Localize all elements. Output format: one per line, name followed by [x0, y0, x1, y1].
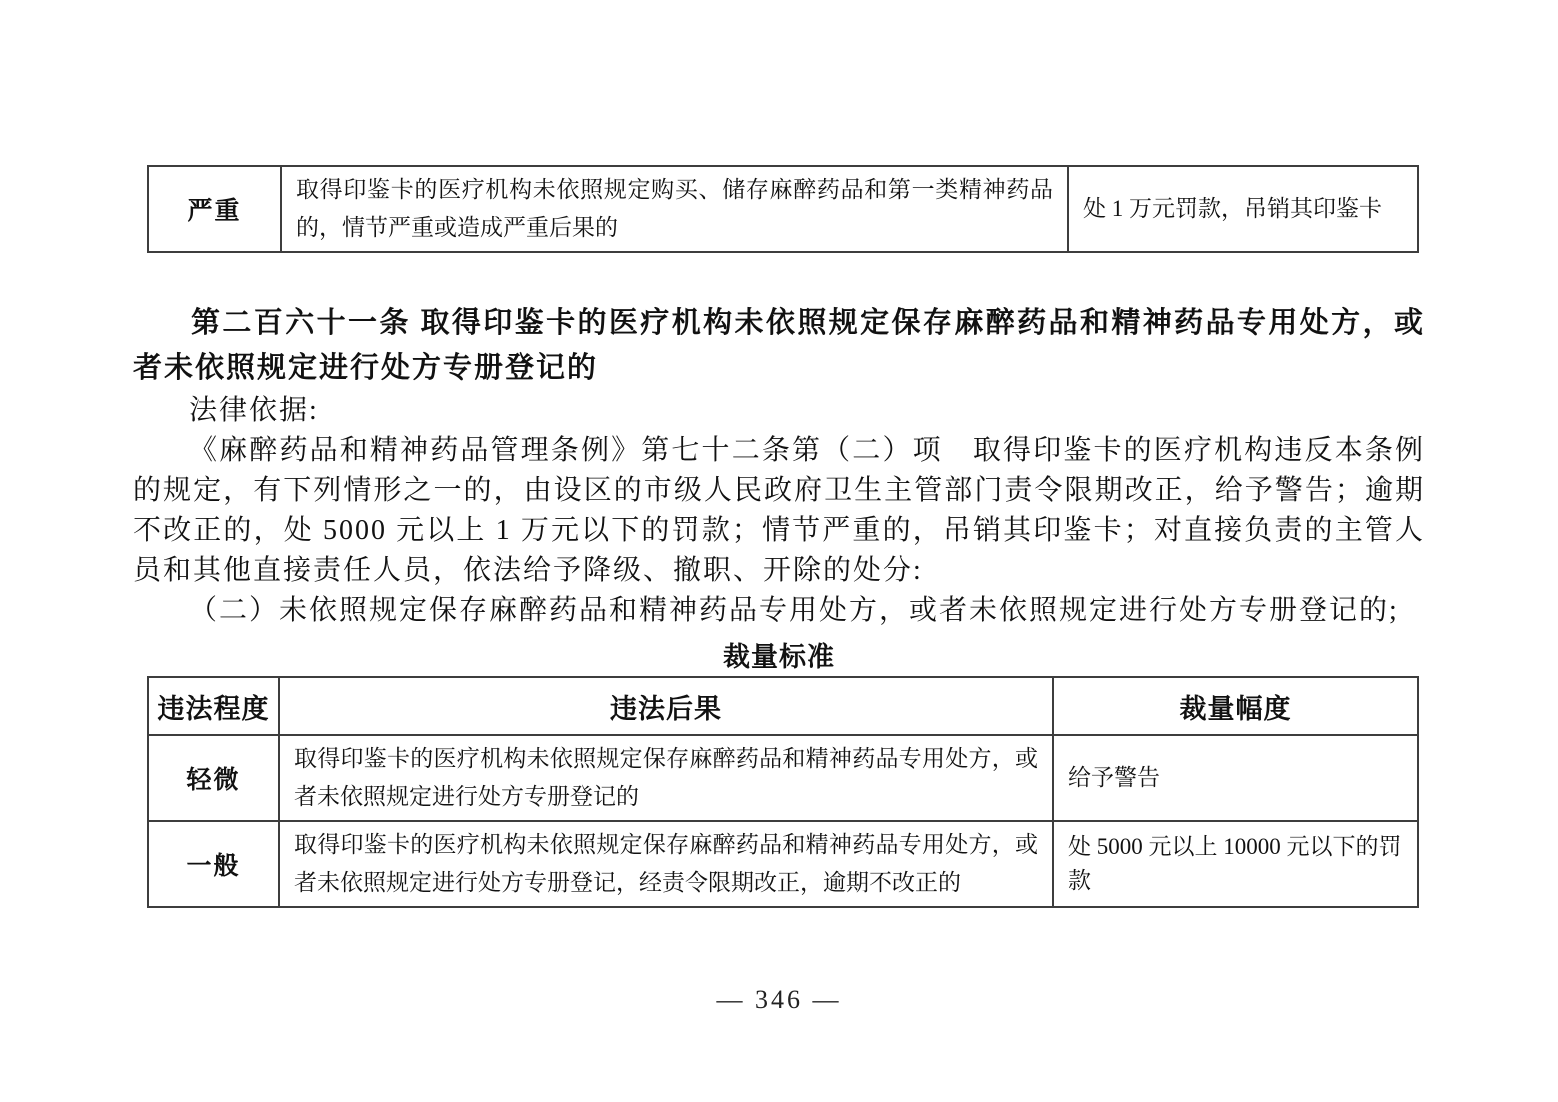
article-heading: 第二百六十一条 取得印鉴卡的医疗机构未依照规定保存麻醉药品和精神药品专用处方，或… — [133, 301, 1425, 391]
table-row: 一般 取得印鉴卡的医疗机构未依照规定保存麻醉药品和精神药品专用处方，或者未依照规… — [148, 821, 1418, 907]
violation-degree-cell: 严重 — [148, 166, 281, 252]
penalty-range-cell: 给予警告 — [1053, 735, 1418, 821]
page-content: 严重 取得印鉴卡的医疗机构未依照规定购买、储存麻醉药品和第一类精神药品的，情节严… — [0, 165, 1558, 908]
violation-consequence-cell: 取得印鉴卡的医疗机构未依照规定保存麻醉药品和精神药品专用处方，或者未依照规定进行… — [279, 735, 1053, 821]
header-violation-degree: 违法程度 — [148, 677, 279, 735]
header-penalty-range: 裁量幅度 — [1053, 677, 1418, 735]
document-page: 严重 取得印鉴卡的医疗机构未依照规定购买、储存麻醉药品和第一类精神药品的，情节严… — [0, 0, 1558, 1102]
legal-basis-label: 法律依据: — [133, 391, 1425, 431]
severe-penalty-table: 严重 取得印鉴卡的医疗机构未依照规定购买、储存麻醉药品和第一类精神药品的，情节严… — [147, 165, 1419, 253]
violation-degree-cell: 一般 — [148, 821, 279, 907]
table-header-row: 违法程度 违法后果 裁量幅度 — [148, 677, 1418, 735]
violation-consequence-cell: 取得印鉴卡的医疗机构未依照规定购买、储存麻醉药品和第一类精神药品的，情节严重或造… — [281, 166, 1068, 252]
violation-degree-cell: 轻微 — [148, 735, 279, 821]
violation-consequence-cell: 取得印鉴卡的医疗机构未依照规定保存麻醉药品和精神药品专用处方，或者未依照规定进行… — [279, 821, 1053, 907]
page-number-text: — 346 — — [717, 985, 842, 1014]
page-number: — 346 — — [0, 985, 1558, 1015]
header-violation-consequence: 违法后果 — [279, 677, 1053, 735]
table-row: 严重 取得印鉴卡的医疗机构未依照规定购买、储存麻醉药品和第一类精神药品的，情节严… — [148, 166, 1418, 252]
standards-table: 违法程度 违法后果 裁量幅度 轻微 取得印鉴卡的医疗机构未依照规定保存麻醉药品和… — [147, 676, 1419, 908]
penalty-range-cell: 处 5000 元以上 10000 元以下的罚款 — [1053, 821, 1418, 907]
article-item-text: （二）未依照规定保存麻醉药品和精神药品专用处方，或者未依照规定进行处方专册登记的… — [133, 591, 1425, 631]
legal-basis-text: 《麻醉药品和精神药品管理条例》第七十二条第（二）项 取得印鉴卡的医疗机构违反本条… — [133, 431, 1425, 591]
table-row: 轻微 取得印鉴卡的医疗机构未依照规定保存麻醉药品和精神药品专用处方，或者未依照规… — [148, 735, 1418, 821]
standards-table-title: 裁量标准 — [133, 635, 1425, 674]
penalty-range-cell: 处 1 万元罚款，吊销其印鉴卡 — [1068, 166, 1418, 252]
